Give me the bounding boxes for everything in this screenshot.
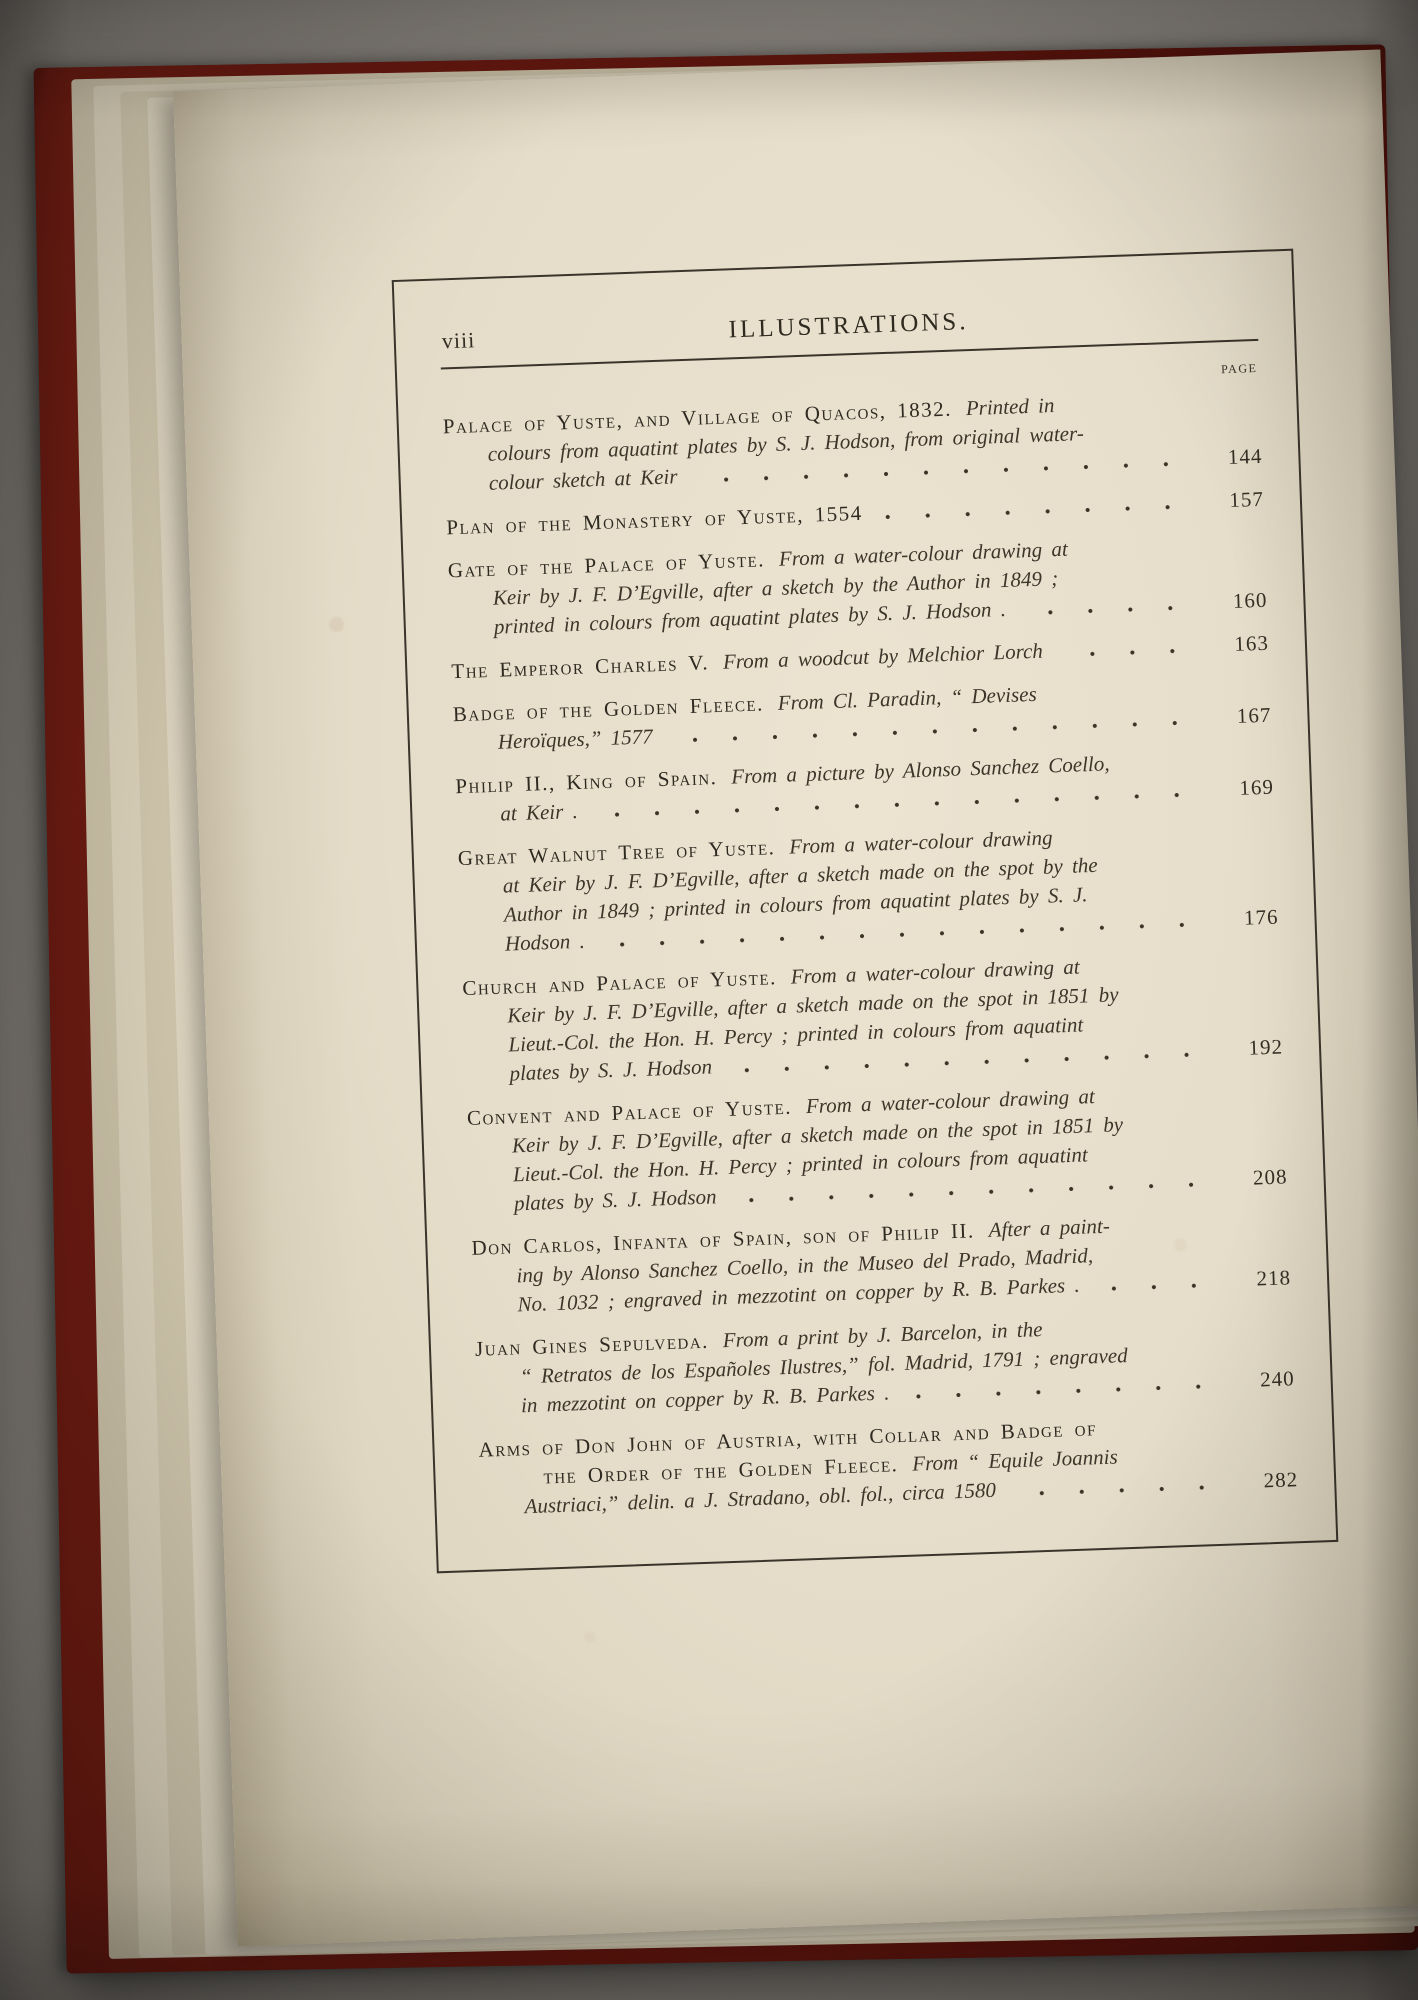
page-title: ILLUSTRATIONS. — [439, 298, 1257, 355]
entry-description-text: plates by S. J. Hodson — [509, 1052, 713, 1088]
entry-page-number: 208 — [1237, 1162, 1288, 1193]
illustration-entry: Palace of Yuste, and Village of Quacos, … — [442, 384, 1263, 499]
entry-description-text: From a woodcut by Melchior Lorch — [722, 637, 1043, 677]
entry-page-number: 157 — [1213, 485, 1264, 516]
illustration-entry: Arms of Don John of Austria, with Collar… — [478, 1407, 1299, 1522]
entry-description-text: plates by S. J. Hodson — [514, 1182, 718, 1218]
dot-leader — [695, 460, 1202, 484]
dot-leader — [1061, 647, 1209, 658]
entry-description-text: at Keir . — [500, 797, 578, 829]
entry-page-number: 192 — [1233, 1032, 1284, 1063]
page-border-frame: viii ILLUSTRATIONS. PAGE Palace of Yuste… — [392, 249, 1339, 1574]
dot-leader — [596, 791, 1214, 819]
illustrations-list: Palace of Yuste, and Village of Quacos, … — [442, 384, 1298, 1523]
entry-description-text: Printed in — [965, 391, 1055, 423]
entry-title-text: Plan of the Monastery of Yuste, 1554 — [446, 499, 863, 543]
illustration-entry: Juan Gines Sepulveda.From a print by J. … — [475, 1306, 1296, 1421]
entry-description-text: Heroïques,” 1577 — [497, 722, 653, 756]
entry-description-text: colour sketch at Keir — [488, 462, 678, 498]
dot-leader — [881, 503, 1205, 520]
dot-leader — [671, 719, 1212, 744]
entry-description-text: After a paint- — [988, 1212, 1110, 1245]
photo-background: viii ILLUSTRATIONS. PAGE Palace of Yuste… — [0, 0, 1418, 2000]
entry-title-text: The Emperor Charles V. — [451, 648, 710, 686]
dot-leader — [603, 921, 1219, 948]
illustration-entry: Church and Palace of Yuste.From a water-… — [462, 946, 1284, 1090]
entry-page-number: 163 — [1218, 629, 1269, 660]
entry-page-number: 282 — [1248, 1465, 1299, 1496]
dot-leader — [907, 1382, 1234, 1399]
dot-leader — [735, 1181, 1228, 1204]
entry-description-text: Hodson . — [504, 927, 585, 959]
entry-page-number: 218 — [1241, 1263, 1292, 1294]
entry-page-number: 160 — [1217, 586, 1268, 617]
dot-leader — [1014, 1483, 1238, 1497]
illustration-entry: Philip II., King of Spain.From a picture… — [455, 744, 1275, 831]
entry-page-number: 169 — [1223, 773, 1274, 804]
dot-leader — [730, 1051, 1223, 1074]
dot-leader — [1024, 604, 1208, 616]
illustration-entry: Great Walnut Tree of Yuste.From a water-… — [457, 816, 1279, 960]
illustration-entry: Badge of the Golden Fleece.From Cl. Para… — [452, 672, 1272, 759]
illustration-entry: Don Carlos, Infanta of Spain, son of Phi… — [471, 1205, 1292, 1320]
entry-page-number: 144 — [1212, 442, 1263, 473]
illustration-entry: Gate of the Palace of Yuste.From a water… — [447, 528, 1268, 643]
entry-page-number: 176 — [1228, 903, 1279, 934]
dot-leader — [1098, 1281, 1232, 1292]
book-page: viii ILLUSTRATIONS. PAGE Palace of Yuste… — [173, 49, 1418, 1946]
entry-page-number: 167 — [1221, 701, 1272, 732]
illustration-entry: Convent and Palace of Yuste.From a water… — [466, 1075, 1288, 1219]
entry-page-number: 240 — [1244, 1364, 1295, 1395]
